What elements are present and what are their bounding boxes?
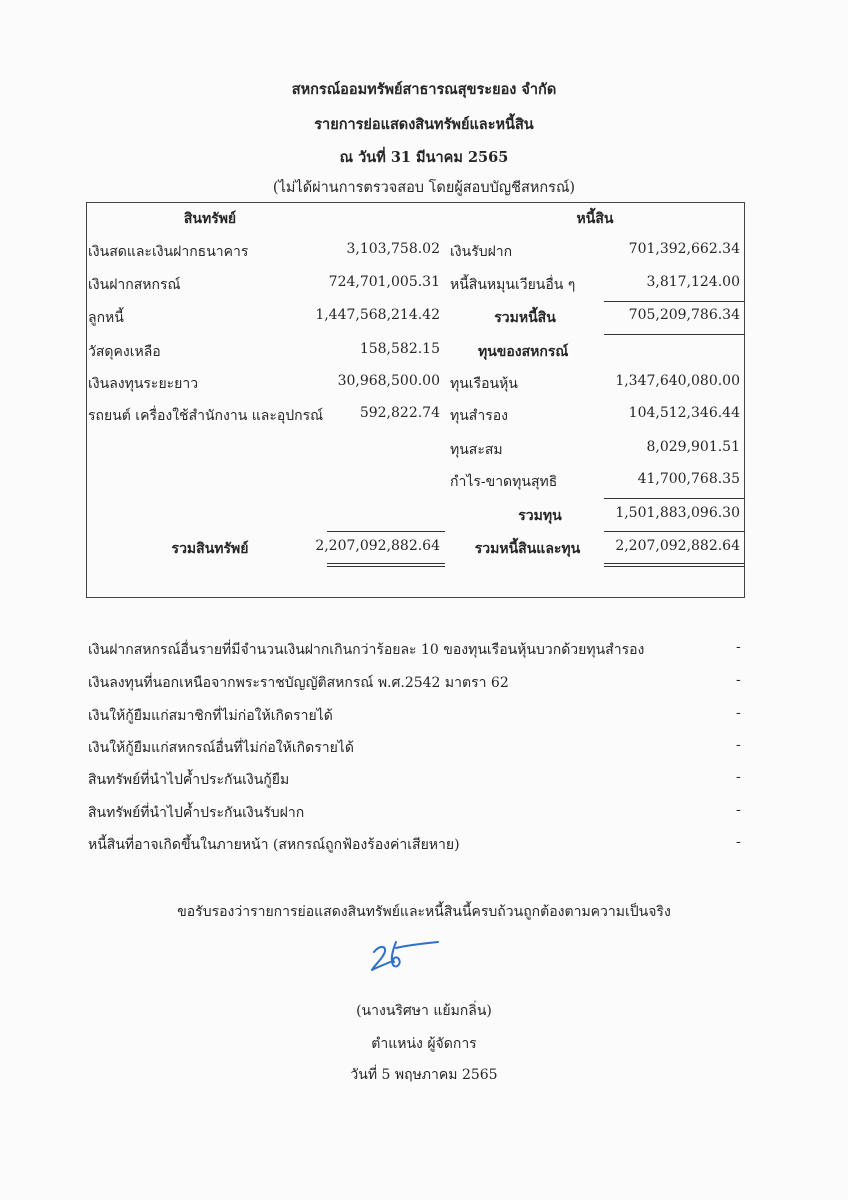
- note-item: เงินให้กู้ยืมแก่สมาชิกที่ไม่ก่อให้เกิดรา…: [88, 705, 333, 727]
- grand-total-label: รวมหนี้สินและทุน: [455, 538, 600, 560]
- note-item: สินทรัพย์ที่นำไปค้ำประกันเงินรับฝาก: [88, 802, 304, 824]
- assets-total-label: รวมสินทรัพย์: [140, 538, 280, 560]
- equity-label: ทุนเรือนหุ้น: [450, 373, 518, 395]
- liabilities-total-label: รวมหนี้สิน: [450, 307, 600, 329]
- equity-heading: ทุนของสหกรณ์: [478, 341, 568, 363]
- note-item: เงินฝากสหกรณ์อื่นรายที่มีจำนวนเงินฝากเกิ…: [88, 639, 644, 661]
- note-value: -: [736, 737, 741, 753]
- asset-label: เงินลงทุนระยะยาว: [88, 373, 198, 395]
- equity-label: ทุนสะสม: [450, 439, 503, 461]
- asset-amount: 3,103,758.02: [300, 241, 440, 257]
- asset-label: เงินฝากสหกรณ์: [88, 274, 181, 296]
- asset-label: เงินสดและเงินฝากธนาคาร: [88, 241, 248, 263]
- asset-label: รถยนต์ เครื่องใช้สำนักงาน และอุปกรณ์: [88, 405, 323, 427]
- liability-amount: 3,817,124.00: [600, 274, 740, 290]
- liabilities-total-amount: 705,209,786.34: [600, 307, 740, 323]
- double-underline: [327, 563, 445, 567]
- note-item: หนี้สินที่อาจเกิดขึ้นในภายหน้า (สหกรณ์ถู…: [88, 834, 460, 856]
- subtotal-line: [604, 301, 745, 302]
- liability-label: เงินรับฝาก: [450, 241, 512, 263]
- as-of-date: ณ วันที่ 31 มีนาคม 2565: [0, 146, 848, 169]
- note-item: เงินให้กู้ยืมแก่สหกรณ์อื่นที่ไม่ก่อให้เก…: [88, 737, 354, 759]
- asset-amount: 158,582.15: [300, 341, 440, 357]
- assets-heading: สินทรัพย์: [160, 208, 260, 230]
- equity-label: ทุนสำรอง: [450, 405, 508, 427]
- equity-total-amount: 1,501,883,096.30: [600, 505, 740, 521]
- equity-label: กำไร-ขาดทุนสุทธิ: [450, 471, 557, 493]
- subtotal-line: [604, 334, 745, 335]
- certification-statement: ขอรับรองว่ารายการย่อแสดงสินทรัพย์และหนี้…: [0, 901, 848, 923]
- subtotal-line: [327, 531, 445, 532]
- liability-label: หนี้สินหมุนเวียนอื่น ๆ: [450, 274, 575, 296]
- assets-total-amount: 2,207,092,882.64: [300, 538, 440, 554]
- note-item: เงินลงทุนที่นอกเหนือจากพระราชบัญญัติสหกร…: [88, 672, 509, 694]
- note-value: -: [736, 672, 741, 688]
- signer-name: (นางนริศษา แย้มกลิ่น): [0, 1000, 848, 1022]
- note-value: -: [736, 834, 741, 850]
- asset-amount: 592,822.74: [300, 405, 440, 421]
- note-item: สินทรัพย์ที่นำไปค้ำประกันเงินกู้ยืม: [88, 769, 289, 791]
- liabilities-heading: หนี้สิน: [545, 208, 645, 230]
- org-name: สหกรณ์ออมทรัพย์สาธารณสุขระยอง จำกัด: [0, 78, 848, 101]
- signer-position: ตำแหน่ง ผู้จัดการ: [0, 1033, 848, 1055]
- equity-amount: 41,700,768.35: [600, 471, 740, 487]
- note-value: -: [736, 769, 741, 785]
- equity-amount: 104,512,346.44: [600, 405, 740, 421]
- signed-date: วันที่ 5 พฤษภาคม 2565: [0, 1064, 848, 1086]
- double-underline: [604, 563, 745, 567]
- asset-amount: 724,701,005.31: [300, 274, 440, 290]
- signature-icon: [366, 936, 446, 976]
- asset-label: วัสดุคงเหลือ: [88, 341, 161, 363]
- asset-amount: 1,447,568,214.42: [300, 307, 440, 323]
- equity-amount: 1,347,640,080.00: [600, 373, 740, 389]
- audit-note: (ไม่ได้ผ่านการตรวจสอบ โดยผู้สอบบัญชีสหกร…: [0, 176, 848, 199]
- subtotal-line: [604, 498, 745, 499]
- note-value: -: [736, 802, 741, 818]
- report-title: รายการย่อแสดงสินทรัพย์และหนี้สิน: [0, 113, 848, 136]
- asset-label: ลูกหนี้: [88, 307, 124, 329]
- equity-total-label: รวมทุน: [470, 505, 610, 527]
- note-value: -: [736, 639, 741, 655]
- liability-amount: 701,392,662.34: [600, 241, 740, 257]
- asset-amount: 30,968,500.00: [300, 373, 440, 389]
- subtotal-line: [604, 531, 745, 532]
- grand-total-amount: 2,207,092,882.64: [600, 538, 740, 554]
- equity-amount: 8,029,901.51: [600, 439, 740, 455]
- note-value: -: [736, 705, 741, 721]
